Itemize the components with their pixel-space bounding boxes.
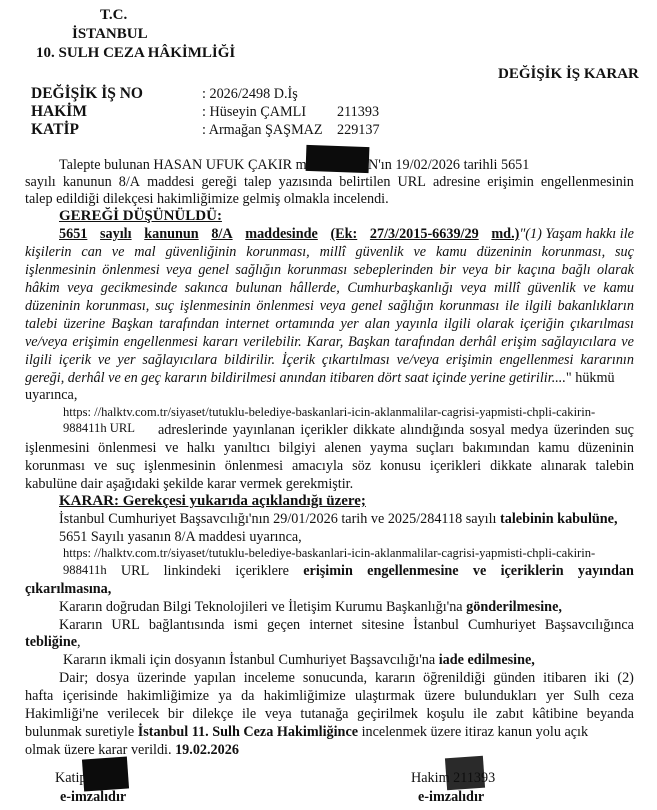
clerk-code: 229137 [337, 122, 380, 139]
quote-line: düzenininkorunması,suçişlenmesininönlenm… [25, 298, 634, 315]
decision-url: https: //halktv.com.tr/siyaset/tutuklu-b… [63, 546, 595, 561]
redaction-block [445, 756, 485, 791]
header-court: 10. SULH CEZA HÂKİMLİĞİ [36, 45, 235, 62]
quote-line: ve/veyaerişiminengellenmesikararıverileb… [25, 334, 634, 351]
clerk-label: KATİP [31, 121, 79, 139]
statute-word: 8/A [211, 226, 232, 243]
intro-line-2: sayılıkanunun8/Amaddesigereğitalepyazısı… [25, 174, 634, 191]
quote-line: ilgiliiçerikveyersağlayıcılarabildirilir… [25, 352, 634, 369]
url-text: https: //halktv.com.tr/siyaset/tutuklu-b… [63, 405, 595, 420]
decision-url-line: 988411h URL linkindeki içeriklere erişim… [63, 563, 634, 580]
document-type-title: DEĞİŞİK İŞ KARAR [498, 66, 639, 83]
header-city: İSTANBUL [72, 26, 148, 43]
intro-line-3: talep edildiği dilekçesi hakimliğimize g… [25, 191, 389, 208]
decision-item-return: Kararın ikmali için dosyanın İstanbul Cu… [63, 652, 535, 669]
final-line: Hakimliği'neverilecekbirdilekçeileveyatu… [25, 706, 634, 723]
reason-line: işlenmesiniönlenmesivehalkıyanıltıcıbilg… [25, 440, 634, 457]
case-no-value: : 2026/2498 D.İş [202, 86, 298, 103]
reason-last-line: kabulüne dair aşağıdaki şekilde karar ve… [25, 476, 353, 493]
judge-e-signature: e-imzalıdır [418, 789, 484, 806]
quote-last-line: gereği, derhâl ve en geç kararın bildiri… [25, 370, 615, 387]
redaction-block [82, 756, 129, 791]
statute-word: (Ek: [330, 226, 357, 243]
intro-line-1b: N'ın 19/02/2026 tarihli 5651 [368, 157, 529, 174]
header-country: T.C. [100, 7, 127, 24]
final-line-objection: bulunmak suretiyle İstanbul 11. Sulh Cez… [25, 724, 588, 741]
quote-line: işlenmesininönlenmesiveyagenelsağlığınko… [25, 262, 634, 279]
decision-url-end: çıkarılmasına, [25, 581, 111, 598]
final-line: haftaiçerisindehakimliğimizeyadahakimliğ… [25, 688, 634, 705]
clerk-value: : Armağan ŞAŞMAZ [202, 122, 323, 139]
statute-word: kanunun [144, 226, 198, 243]
redaction-block [306, 145, 370, 173]
reason-line: adreslerindeyayınlananiçeriklerdikkateal… [158, 422, 634, 439]
decision-item-notify-end: tebliğine, [25, 634, 81, 651]
uyarinca-text: uyarınca, [25, 387, 77, 404]
quote-line: kişilerincanvemalgüvenliğininkorunması,m… [25, 244, 634, 261]
decision-item-btk: Kararın doğrudan Bilgi Teknolojileri ve … [59, 599, 562, 616]
statute-end: md.)"(1) Yaşam hakkı ile [491, 226, 634, 243]
quote-line: talebiüzerineBaşkantarafındaninternetort… [25, 316, 634, 333]
final-line-date: olmak üzere karar verildi. 19.02.2026 [25, 742, 239, 759]
statute-word: maddesinde [245, 226, 318, 243]
quote-line: hâkimveyagecikmesindesakıncabulunanhâlle… [25, 280, 634, 297]
statute-line: 5651 sayılı kanunun 8/A maddesinde (Ek: … [25, 226, 634, 243]
decision-item-notify: KararınURLbağlantısındaismigeçeninternet… [59, 617, 634, 634]
reason-line: korunmasıvesuçişlenmesininönlenmesiamacı… [25, 458, 634, 475]
url-text-end: 988411h URL [63, 421, 135, 436]
case-no-label: DEĞİŞİK İŞ NO [31, 85, 143, 103]
judge-label: HAKİM [31, 103, 87, 121]
statute-word: sayılı [100, 226, 132, 243]
judge-code: 211393 [337, 104, 379, 121]
considered-heading: GEREĞİ DÜŞÜNÜLDÜ: [59, 208, 222, 225]
decision-item-acceptance: İstanbul Cumhuriyet Başsavcılığı'nın 29/… [59, 511, 618, 528]
decision-heading: KARAR: Gerekçesi yukarıda açıklandığı üz… [59, 493, 366, 510]
statute-word: 27/3/2015-6639/29 [370, 226, 479, 243]
statute-word: 5651 [59, 226, 87, 243]
judge-value: : Hüseyin ÇAMLI [202, 104, 306, 121]
final-line: Dair;dosyaüzerindeyapılanincelemesonucun… [59, 670, 634, 687]
clerk-e-signature: e-imzalıdır [60, 789, 126, 806]
decision-item-statute: 5651 Sayılı yasanın 8/A maddesi uyarınca… [59, 529, 302, 546]
